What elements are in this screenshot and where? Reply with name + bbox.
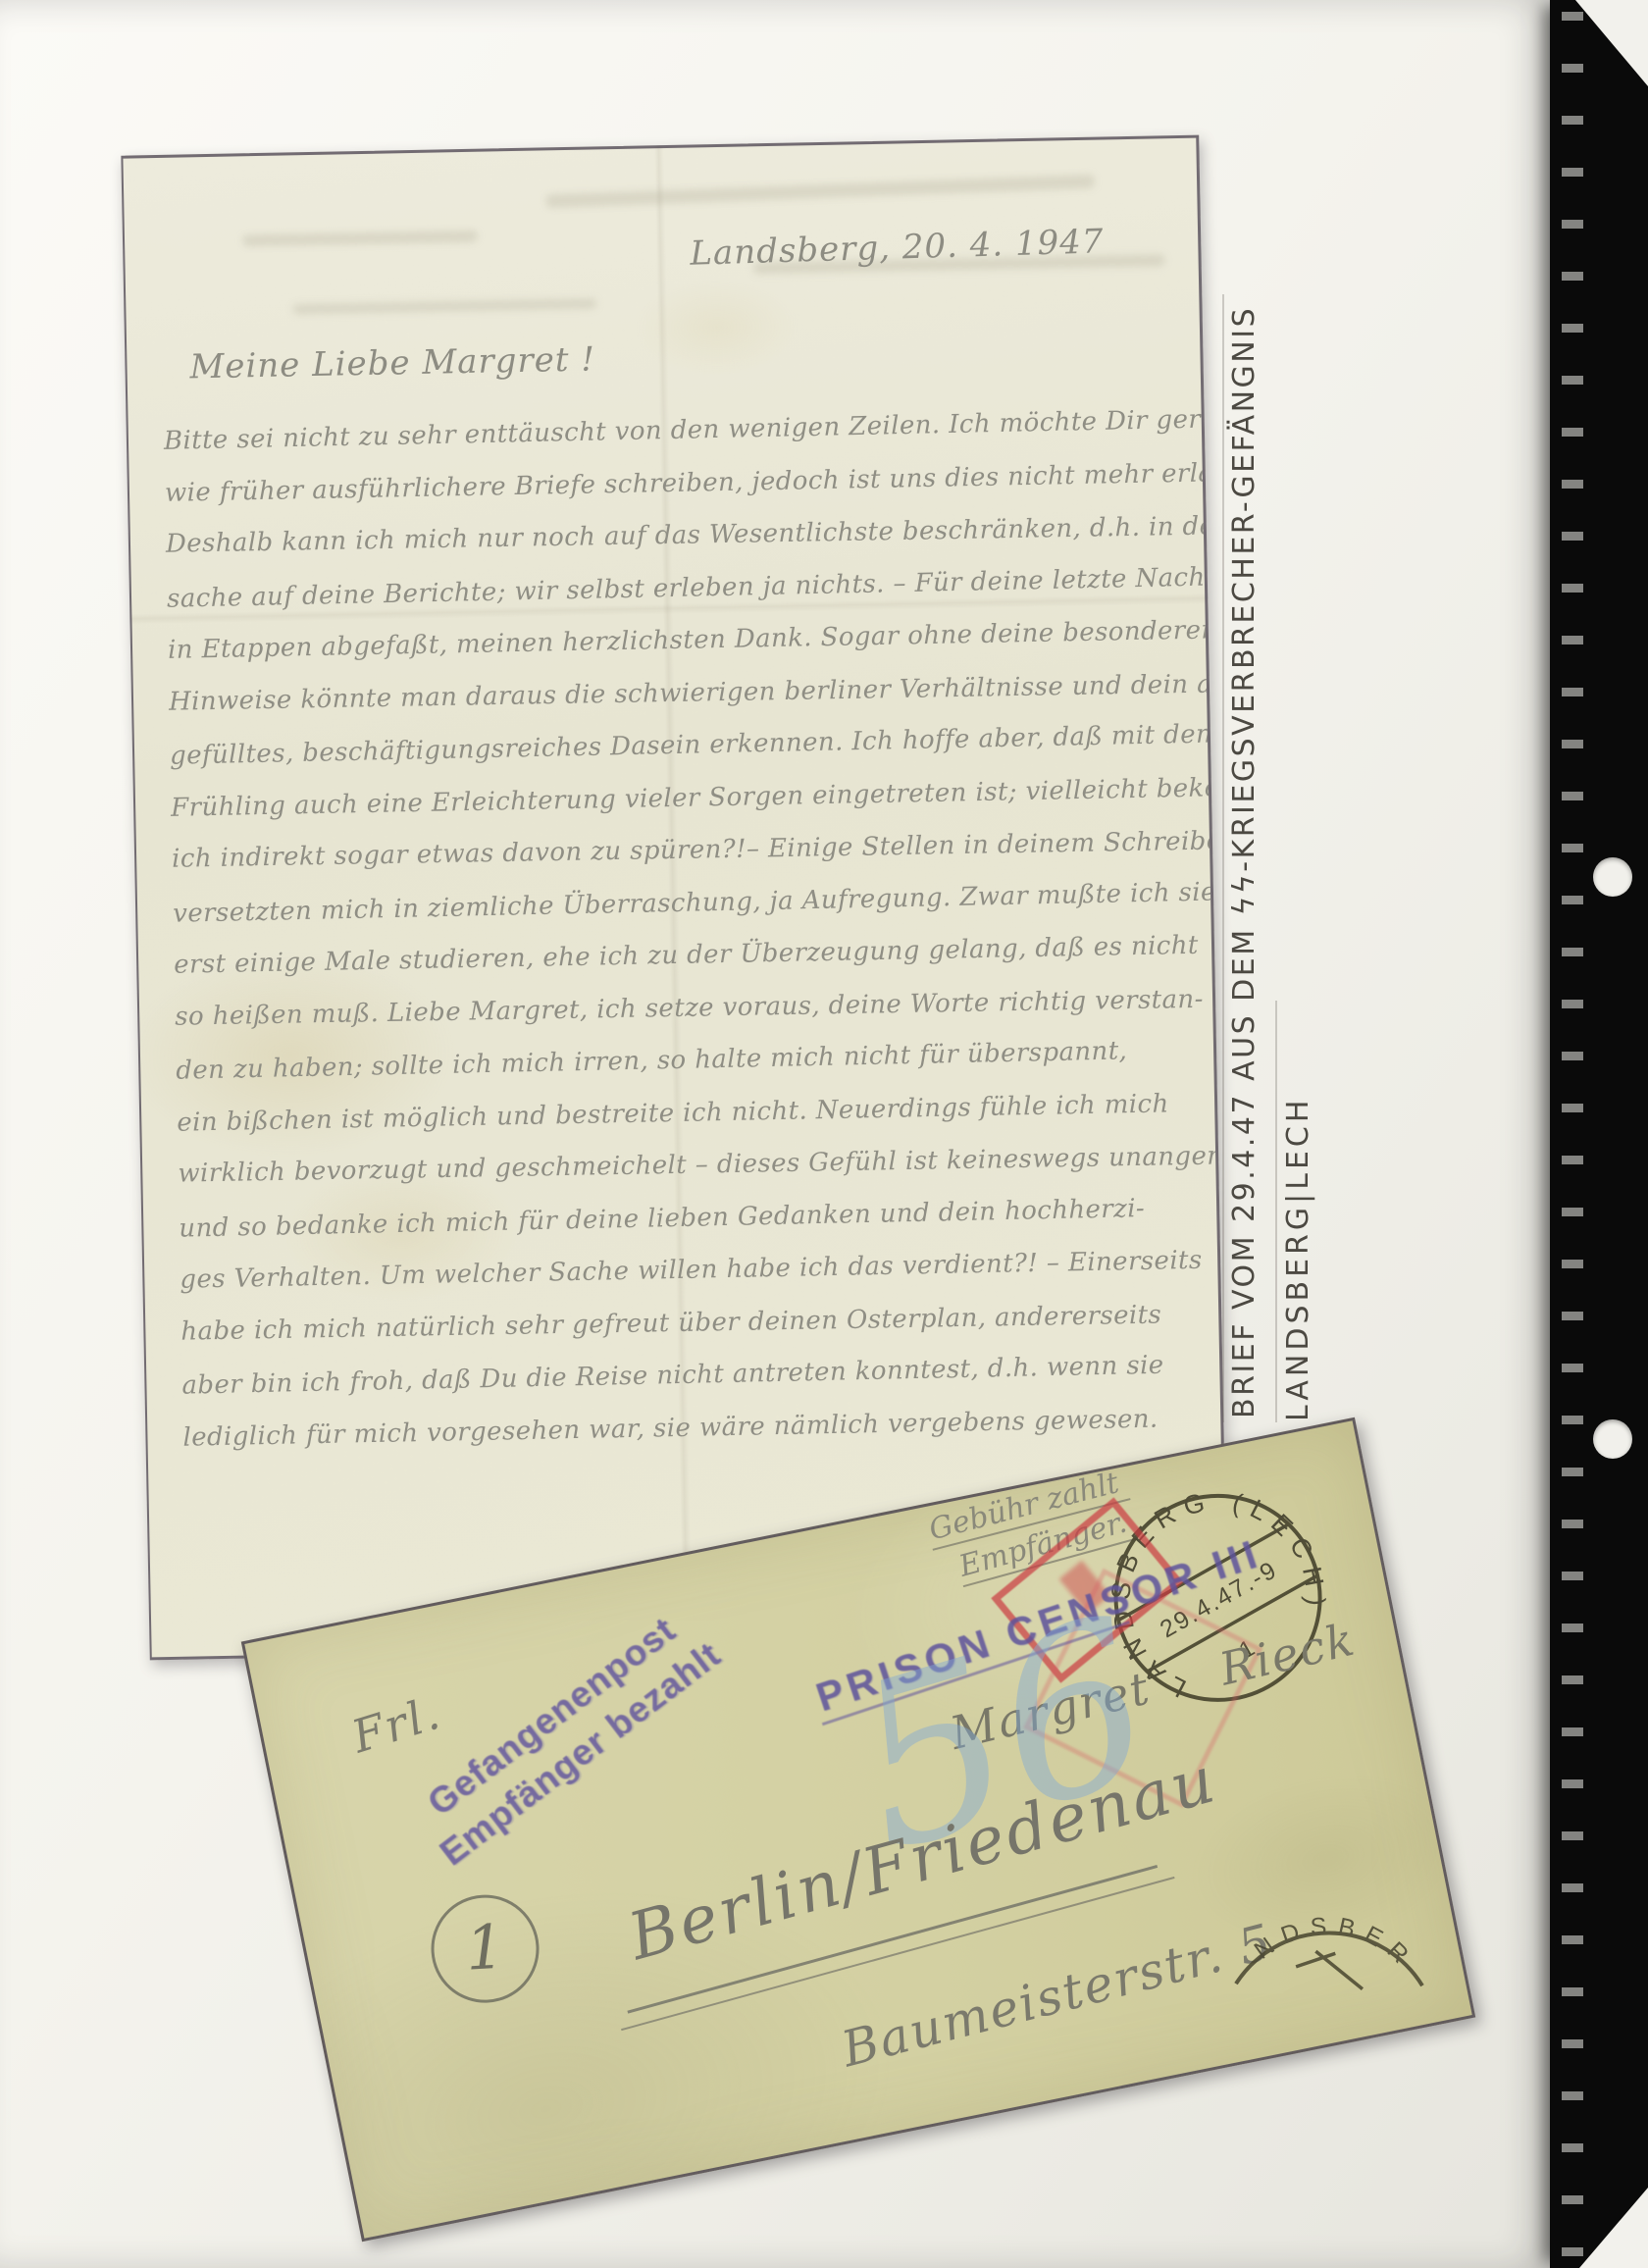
binder-perforations	[1562, 12, 1583, 2258]
annotation-caption-line1: BRIEF VOM 29.4.47 AUS DEM ϟϟ-KRIEGSVERBR…	[1227, 306, 1262, 1418]
album-scan: Landsberg, 20. 4. 1947 Meine Liebe Margr…	[0, 0, 1648, 2268]
binder-hole-top	[1593, 857, 1632, 897]
annotation-guide-line	[1275, 1001, 1277, 1422]
letter-body: Bitte sei nicht zu sehr enttäuscht von d…	[163, 395, 1214, 1465]
addressee-prefix: Frl.	[346, 1686, 447, 1764]
annotation-guide-line	[1222, 294, 1224, 1422]
letter-sheet: Landsberg, 20. 4. 1947 Meine Liebe Margr…	[121, 135, 1227, 1661]
letter-salutation: Meine Liebe Margret !	[189, 339, 595, 387]
circled-number: 1	[428, 1891, 541, 2005]
postmark-partial: NDSBER	[1211, 1874, 1448, 2004]
annotation-caption-line2: LANDSBERG|LECH	[1281, 1097, 1315, 1421]
page-corner-top	[1575, 0, 1648, 86]
page-corner-bottom	[1579, 2188, 1648, 2268]
ink-bleed-mark	[545, 175, 1095, 209]
postmark-partial-line	[1296, 1953, 1335, 1967]
ink-bleed-mark	[292, 298, 596, 314]
binder-hole-bottom	[1593, 1419, 1632, 1459]
ink-bleed-mark	[242, 231, 478, 247]
